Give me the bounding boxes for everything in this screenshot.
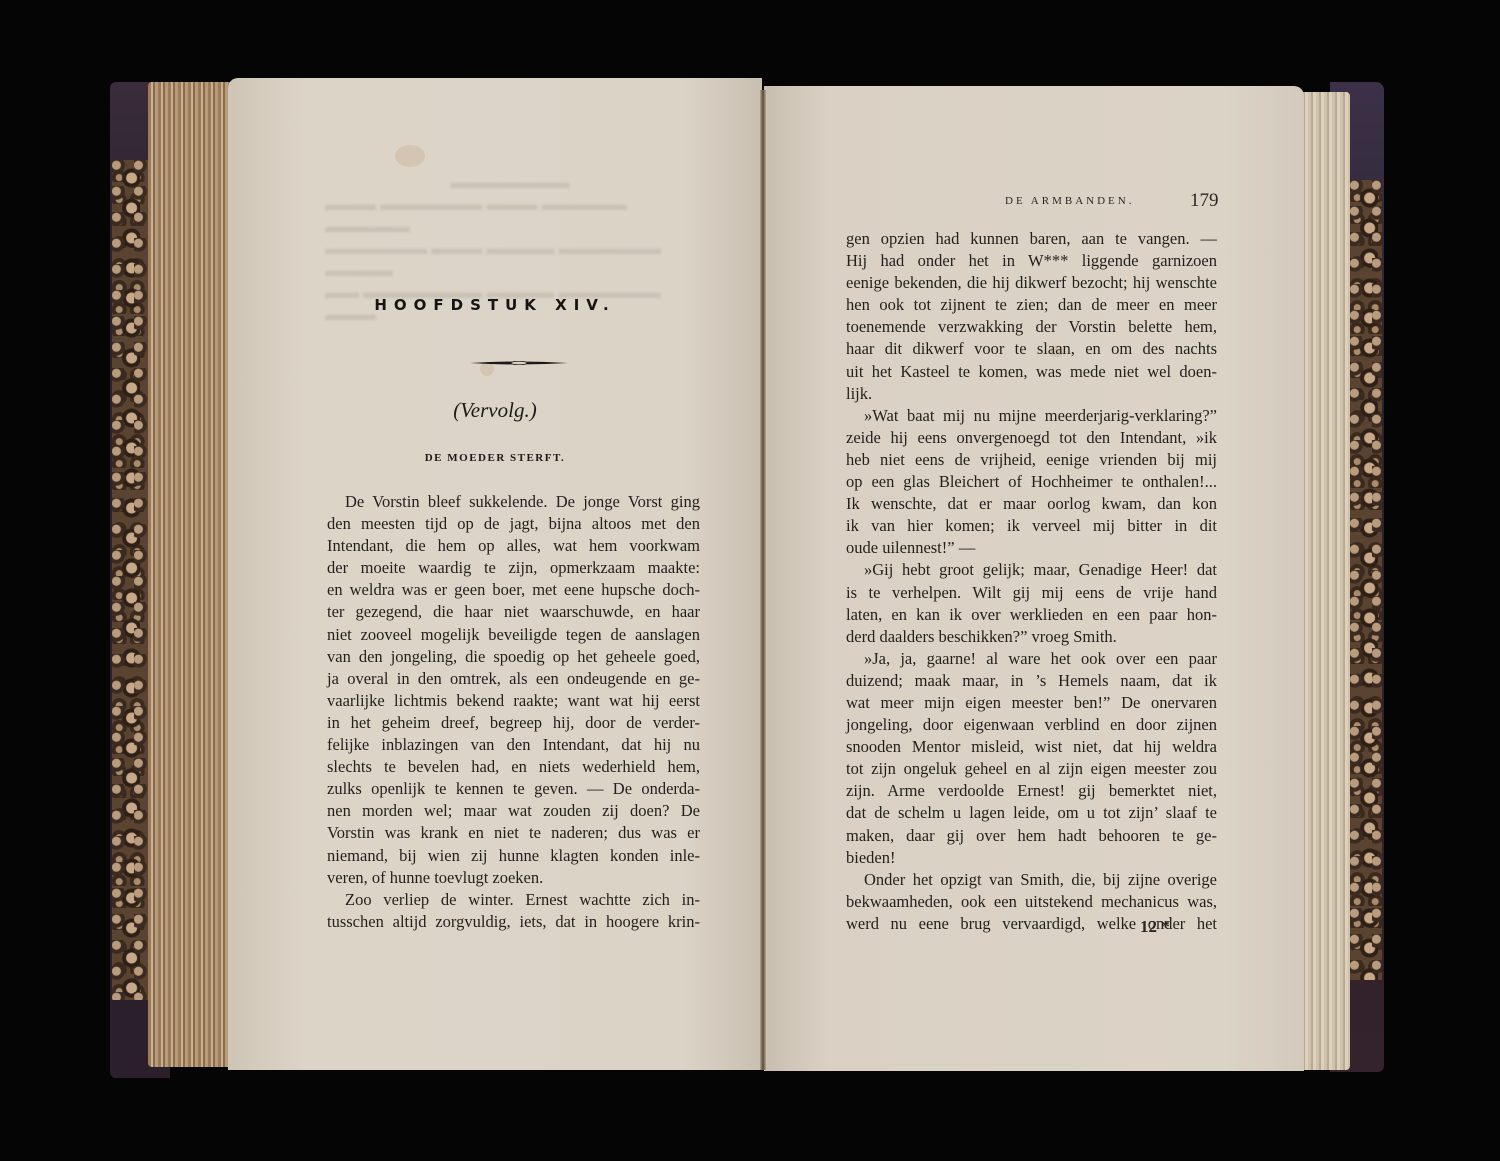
left-page-block-edge — [148, 82, 230, 1067]
text-line: jongeling, door eigenwaan verblind en do… — [846, 714, 1217, 736]
text-line: Onder het opzigt van Smith, die, bij zij… — [846, 869, 1217, 891]
running-head: DE ARMBANDEN. — [1005, 195, 1134, 207]
text-line: van den jongeling, die spoedig op het ge… — [327, 646, 700, 668]
text-line: maken, daar gij over hem hadt behooren t… — [846, 825, 1217, 847]
text-line: haar dit dikwerf voor te slaan, en om de… — [846, 338, 1217, 360]
text-line: snooden Mentor misleid, wist niet, dat h… — [846, 736, 1217, 758]
text-line: felijke inblazingen van den Intendant, d… — [327, 734, 700, 756]
open-book: ▬▬▬▬▬▬▬ ▬▬▬ ▬▬▬▬▬▬ ▬▬▬ ▬▬▬▬▬ ▬▬▬▬▬ ▬▬▬▬▬… — [0, 0, 1500, 1161]
text-line: tusschen altijd zorgvuldig, iets, dat in… — [327, 911, 700, 933]
text-line: niet zooveel mogelijk beveiligde tegen d… — [327, 624, 700, 646]
text-line: hen ook tot zijnent te zien; dan de meer… — [846, 294, 1217, 316]
text-line: wat meer mijn eigen meester ben!” De one… — [846, 692, 1217, 714]
right-page-block-edge — [1300, 92, 1350, 1070]
ornament-rule-icon — [470, 361, 568, 365]
text-line: Hij had onder het in W*** liggende garni… — [846, 250, 1217, 272]
text-line: der moeite waardig te zijn, opmerkzaam m… — [327, 557, 700, 579]
signature-mark: 12 * — [1140, 917, 1170, 937]
right-page-body: gen opzien had kunnen baren, aan te vang… — [846, 228, 1217, 935]
text-line: De Vorstin bleef sukkelende. De jonge Vo… — [327, 491, 700, 513]
text-line: den meesten tijd op de jagt, bijna altoo… — [327, 513, 700, 535]
text-line: is te verhelpen. Wilt gij mij eens de vr… — [846, 582, 1217, 604]
text-line: zulks openlijk te kennen te geven. — De … — [327, 778, 700, 800]
text-line: oude uilennest!” — — [846, 537, 1217, 559]
chapter-title: HOOFDSTUK XIV. — [228, 296, 762, 314]
text-line: »Gij hebt groot gelijk; maar, Genadige H… — [846, 559, 1217, 581]
text-line: Vorstin was krank en niet te naderen; du… — [327, 822, 700, 844]
text-line: lijk. — [846, 383, 1217, 405]
text-line: vaarlijke lichtmis bekend raakte; want w… — [327, 690, 700, 712]
text-line: duizend; maak maar, in ’s Hemels naam, d… — [846, 670, 1217, 692]
text-line: heb niet eens de vrijheid, eenige vriend… — [846, 449, 1217, 471]
text-line: Zoo verliep de winter. Ernest wachtte zi… — [327, 889, 700, 911]
text-line: nen morden wel; maar wat zouden zij doen… — [327, 800, 700, 822]
text-line: »Wat baat mij nu mijne meerderjarig-verk… — [846, 405, 1217, 427]
text-line: Intendant, die hem op alles, wat hem voo… — [327, 535, 700, 557]
text-line: veren, of hunne toevlugt zoeken. — [327, 867, 700, 889]
left-page-body: De Vorstin bleef sukkelende. De jonge Vo… — [327, 491, 700, 933]
foxing-stain — [395, 145, 425, 167]
text-line: bieden! — [846, 847, 1217, 869]
book-gutter — [760, 90, 766, 1070]
text-line: en weldra was er geen boer, met eene hup… — [327, 579, 700, 601]
text-line: slechts te bevelen had, en niets wederhi… — [327, 756, 700, 778]
text-line: tot zijn ongeluk geheel en al zijn eigen… — [846, 758, 1217, 780]
right-marbled-board — [1350, 180, 1382, 980]
text-line: bekwaamheden, ook een uitstekend mechani… — [846, 891, 1217, 913]
text-line: eenige bekenden, die hij dikwerf bezocht… — [846, 272, 1217, 294]
text-line: ter gezegend, die haar niet waarschuwde,… — [327, 601, 700, 623]
text-line: Ik wenschte, dat er maar oorlog kwam, da… — [846, 493, 1217, 515]
chapter-subtitle: (Vervolg.) — [228, 398, 762, 423]
text-line: »Ja, ja, gaarne! al ware het ook over ee… — [846, 648, 1217, 670]
text-line: ik van hier komen; ik verveel mij bitter… — [846, 515, 1217, 537]
text-line: zijn. Arme verdoolde Ernest! gij bemerkt… — [846, 780, 1217, 802]
text-line: gen opzien had kunnen baren, aan te vang… — [846, 228, 1217, 250]
text-line: ja overal in den omtrek, als een ondeuge… — [327, 668, 700, 690]
text-line: derd daalders beschikken?” vroeg Smith. — [846, 626, 1217, 648]
section-heading: DE MOEDER STERFT. — [228, 452, 762, 464]
left-marbled-board — [112, 160, 150, 1000]
text-line: niemand, bij wien zij hunne klagten kond… — [327, 845, 700, 867]
text-line: toenemende verzwakking der Vorstin belet… — [846, 316, 1217, 338]
text-line: op een glas Bleichert of Hochheimer te o… — [846, 471, 1217, 493]
text-line: laten, en kan ik over werklieden en een … — [846, 604, 1217, 626]
text-line: dat de schelm u lagen leide, om u tot zi… — [846, 802, 1217, 824]
text-line: uit het Kasteel te komen, was mede niet … — [846, 361, 1217, 383]
page-number: 179 — [1190, 190, 1219, 212]
text-line: zeide hij eens onvergenoegd tot den Inte… — [846, 427, 1217, 449]
text-line: in het geheim dreef, begreep hij, door d… — [327, 712, 700, 734]
